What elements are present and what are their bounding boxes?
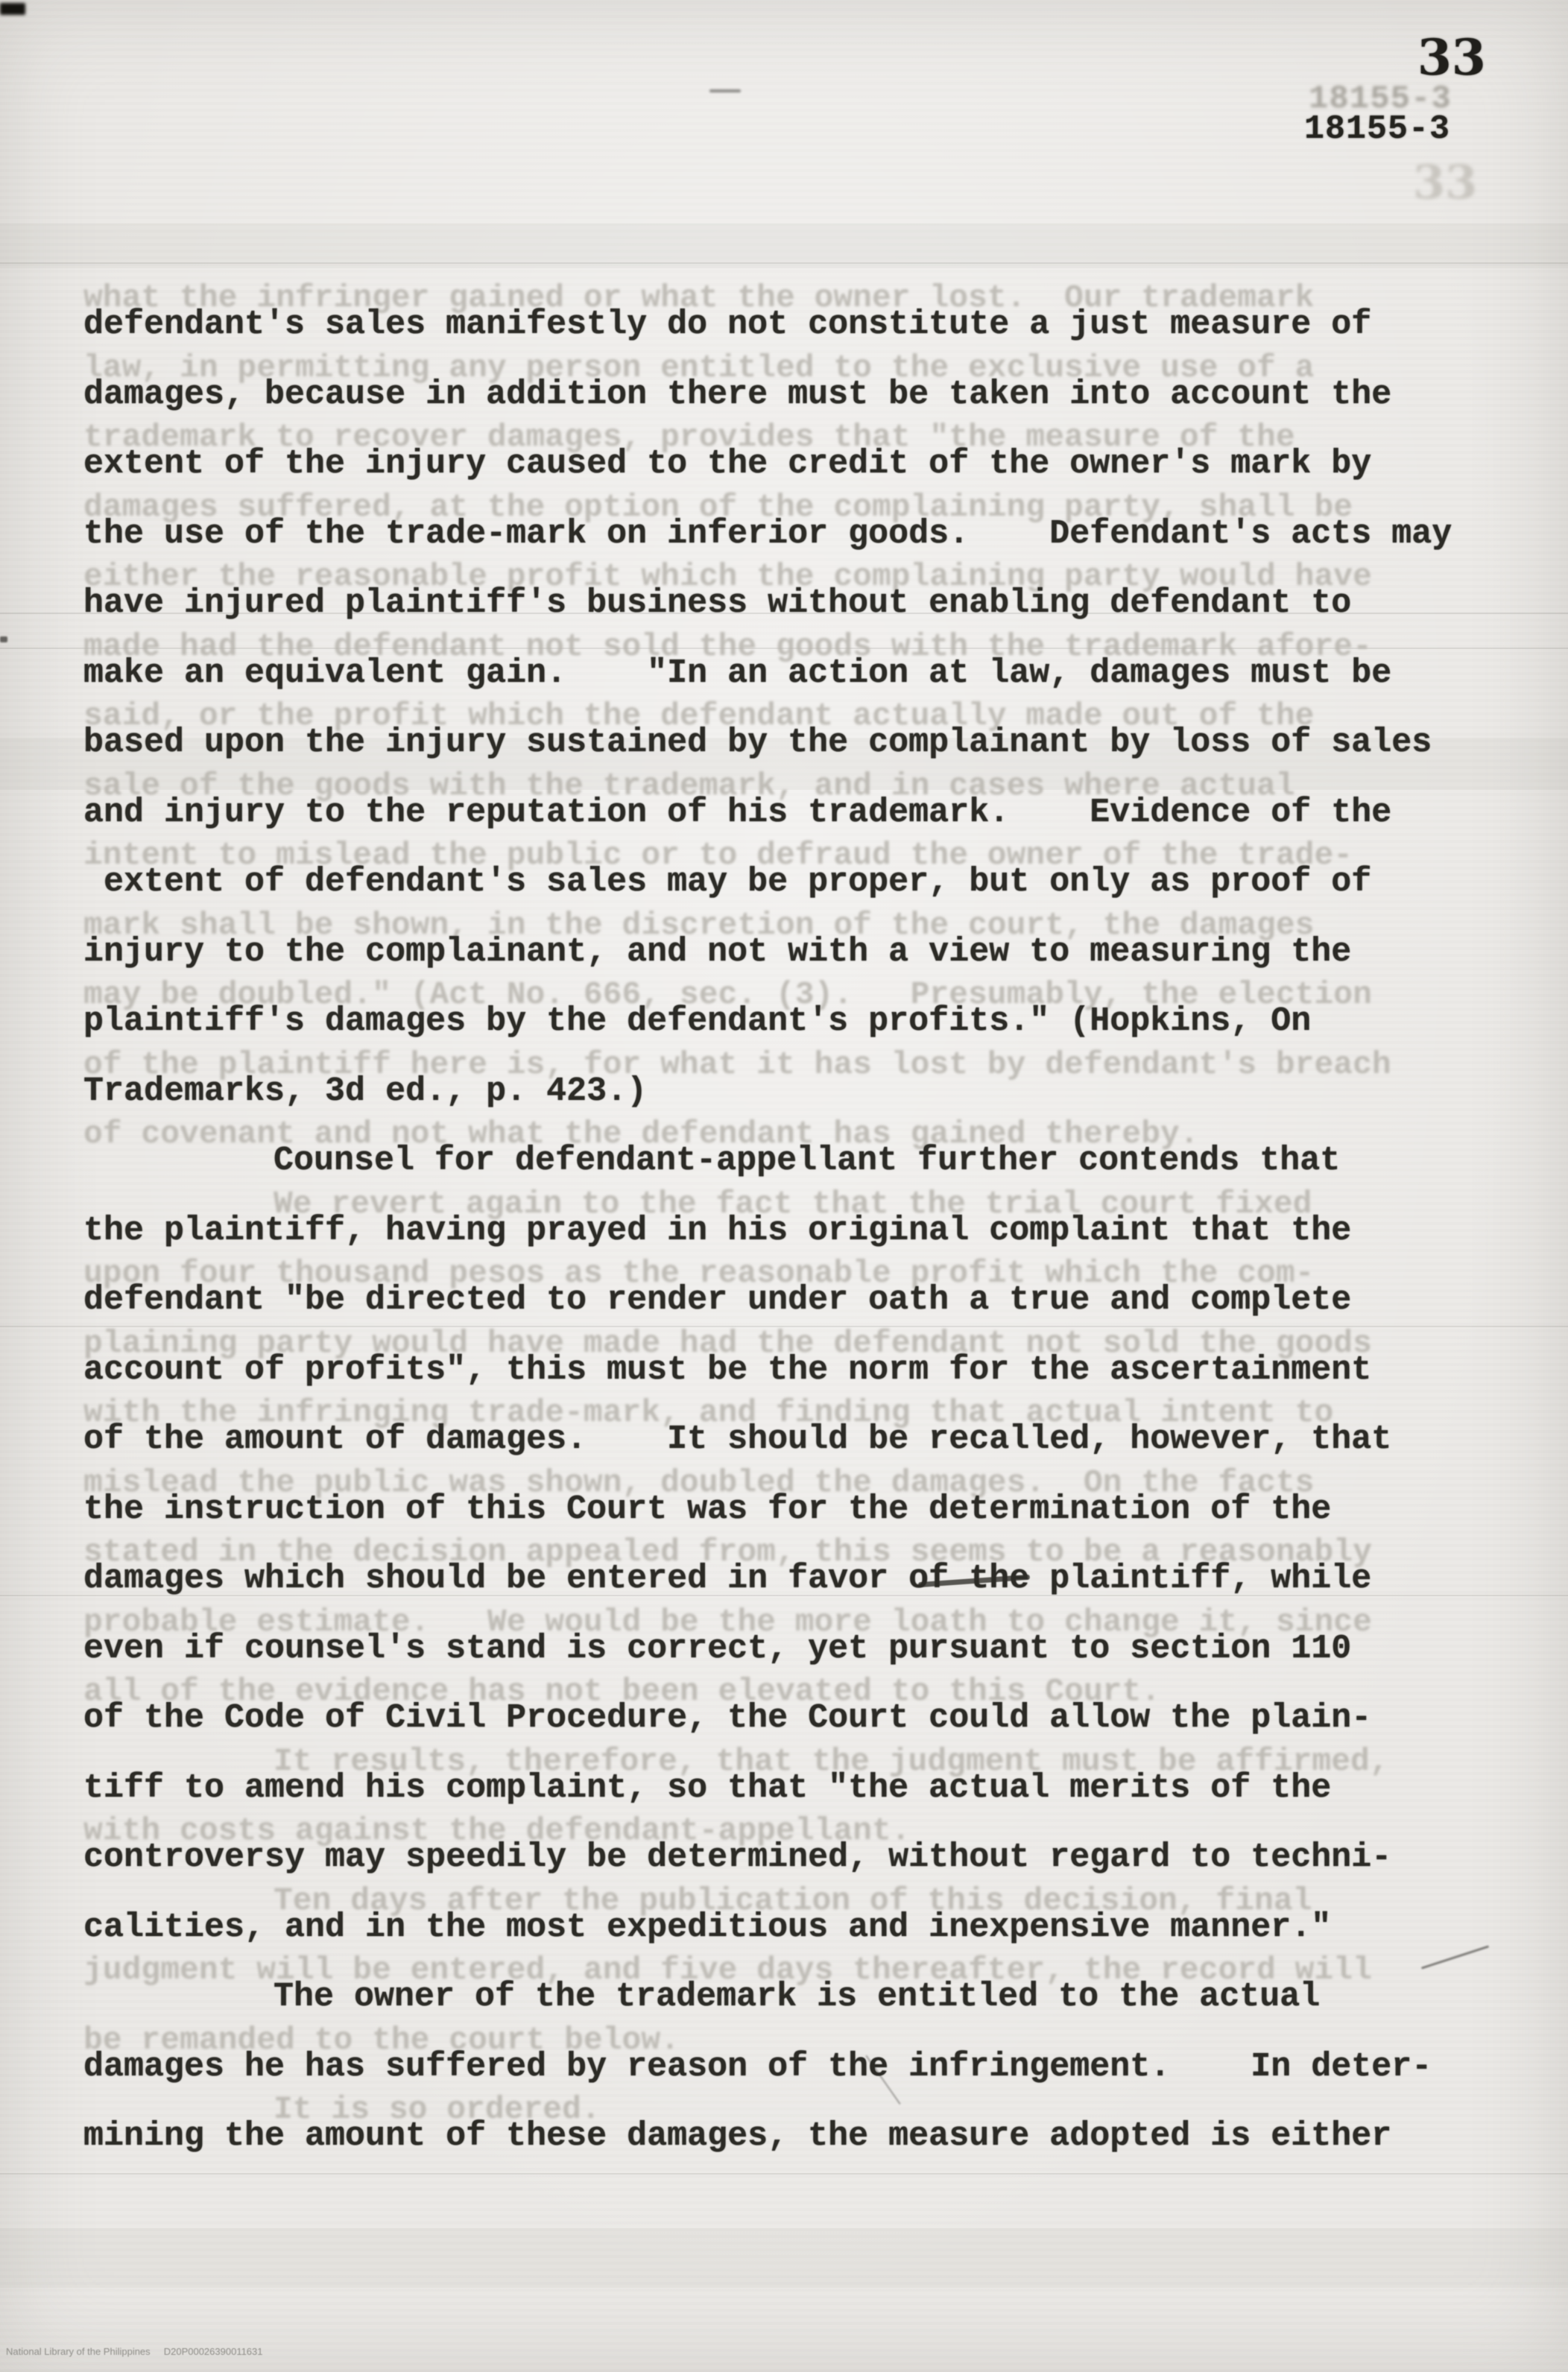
doc-number: 18155-3 — [1304, 110, 1450, 148]
typed-text-line: extent of defendant's sales may be prope… — [83, 863, 1371, 901]
ink-speck — [709, 89, 741, 92]
typed-text-line: Counsel for defendant-appellant further … — [83, 1142, 1340, 1180]
typed-text-line: make an equivalent gain. "In an action a… — [83, 654, 1391, 692]
page-number-ghost: 33 — [1413, 155, 1477, 209]
typed-text-line: the use of the trade-mark on inferior go… — [83, 515, 1452, 553]
text-row: Ten days after the publication of this d… — [0, 1885, 1568, 1955]
typed-text-line: damages, because in addition there must … — [83, 376, 1391, 414]
text-row: intent to mislead the public or to defra… — [0, 840, 1568, 910]
text-row: may be doubled." (Act No. 666, sec. (3).… — [0, 979, 1568, 1049]
typed-text-line: the instruction of this Court was for th… — [83, 1490, 1331, 1528]
text-row: what the infringer gained or what the ow… — [0, 282, 1568, 352]
typed-text-line: based upon the injury sustained by the c… — [83, 724, 1432, 762]
text-row: of covenant and not what the defendant h… — [0, 1119, 1568, 1189]
typed-text-line: tiff to amend his complaint, so that "th… — [83, 1769, 1331, 1807]
typed-text-line: of the amount of damages. It should be r… — [83, 1420, 1391, 1458]
text-row: either the reasonable profit which the c… — [0, 561, 1568, 631]
text-row: judgment will be entered, and five days … — [0, 1955, 1568, 2025]
text-row: plaining party would have made had the d… — [0, 1328, 1568, 1398]
typed-text-line: plaintiff's damages by the defendant's p… — [83, 1002, 1311, 1040]
typed-text-line: controversy may speedily be determined, … — [83, 1838, 1391, 1876]
text-row: all of the evidence has not been elevate… — [0, 1676, 1568, 1746]
text-row: said, or the profit which the defendant … — [0, 700, 1568, 771]
typed-text-line: of the Code of Civil Procedure, the Cour… — [83, 1699, 1371, 1737]
text-row: with costs against the defendant-appella… — [0, 1815, 1568, 1885]
typed-text-line: mining the amount of these damages, the … — [83, 2117, 1391, 2155]
typed-text-line: calities, and in the most expeditious an… — [83, 1908, 1331, 1946]
typed-text-line: and injury to the reputation of his trad… — [83, 794, 1391, 832]
text-row: made had the defendant not sold the good… — [0, 631, 1568, 701]
text-row: be remanded to the court below.damages h… — [0, 2025, 1568, 2095]
text-row: damages suffered, at the option of the c… — [0, 492, 1568, 562]
text-row: trademark to recover damages, provides t… — [0, 422, 1568, 492]
scan-band — [0, 224, 1568, 268]
typed-text-line: the plaintiff, having prayed in his orig… — [83, 1212, 1351, 1250]
typed-text-line: defendant "be directed to render under o… — [83, 1281, 1351, 1319]
typed-text-line: have injured plaintiff's business withou… — [83, 584, 1351, 622]
archive-footer-label: National Library of the Philippines D20P… — [6, 2346, 263, 2357]
text-row: We revert again to the fact that the tri… — [0, 1189, 1568, 1259]
typed-text-line: damages he has suffered by reason of the… — [83, 2048, 1432, 2086]
typed-text-line: account of profits", this must be the no… — [83, 1351, 1371, 1389]
page-number: 33 — [1417, 28, 1486, 86]
document-text-block: what the infringer gained or what the ow… — [0, 282, 1568, 2164]
text-row: It is so ordered.mining the amount of th… — [0, 2094, 1568, 2164]
typed-text-line: even if counsel's stand is correct, yet … — [83, 1630, 1351, 1668]
typed-text-line: injury to the complainant, and not with … — [83, 933, 1351, 971]
typed-text-line: The owner of the trademark is entitled t… — [83, 1978, 1320, 2016]
text-row: probable estimate. We would be the more … — [0, 1607, 1568, 1677]
scan-band — [0, 2228, 1568, 2288]
scan-artifact-line — [0, 2173, 1568, 2175]
text-row: upon four thousand pesos as the reasonab… — [0, 1258, 1568, 1328]
text-row: mislead the public was shown, doubled th… — [0, 1467, 1568, 1537]
typed-text-line: Trademarks, 3d ed., p. 423.) — [83, 1072, 647, 1110]
ink-speck — [0, 3, 25, 15]
typed-text-line: defendant's sales manifestly do not cons… — [83, 306, 1371, 344]
text-row: with the infringing trade-mark, and find… — [0, 1397, 1568, 1467]
text-row: mark shall be shown, in the discretion o… — [0, 910, 1568, 980]
typed-text-line: extent of the injury caused to the credi… — [83, 445, 1371, 483]
text-row: of the plaintiff here is, for what it ha… — [0, 1049, 1568, 1119]
text-row: sale of the goods with the trademark, an… — [0, 771, 1568, 841]
text-row: stated in the decision appealed from, th… — [0, 1537, 1568, 1607]
typed-text-line: damages which should be entered in favor… — [83, 1560, 1371, 1598]
text-row: law, in permitting any person entitled t… — [0, 352, 1568, 423]
text-row: It results, therefore, that the judgment… — [0, 1746, 1568, 1816]
